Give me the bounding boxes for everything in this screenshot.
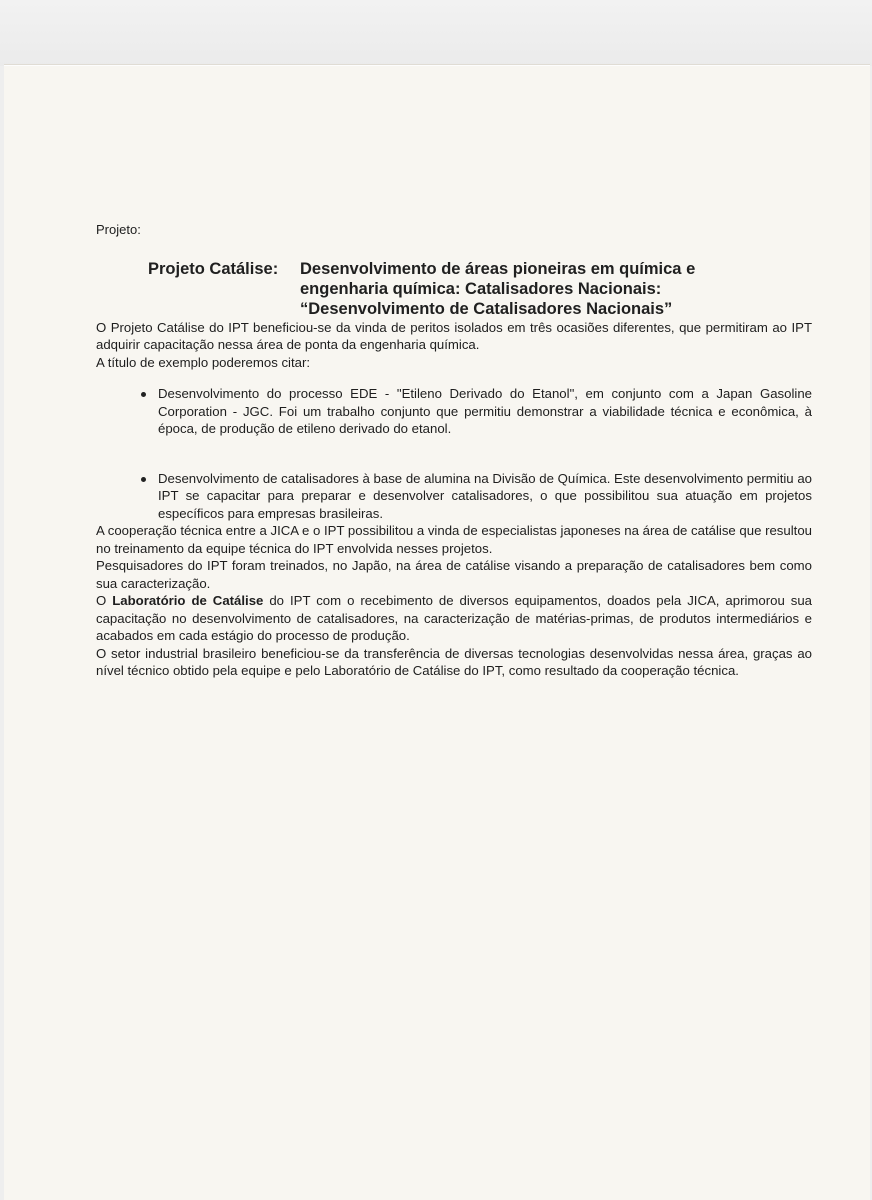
lab-name: Laboratório de Catálise: [112, 593, 263, 608]
list-item: Desenvolvimento do processo EDE - "Etile…: [96, 385, 812, 438]
title-prefix: Projeto Catálise:: [148, 259, 300, 319]
bullet-icon: [141, 477, 146, 482]
examples-list: Desenvolvimento do processo EDE - "Etile…: [96, 385, 812, 522]
document-title: Projeto Catálise: Desenvolvimento de áre…: [148, 259, 812, 319]
lab-paragraph: O Laboratório de Catálise do IPT com o r…: [96, 592, 812, 645]
lab-lead: O: [96, 593, 112, 608]
list-item-text: Desenvolvimento de catalisadores à base …: [158, 471, 812, 521]
researchers-paragraph: Pesquisadores do IPT foram treinados, no…: [96, 557, 812, 592]
document-body: Projeto: Projeto Catálise: Desenvolvimen…: [96, 221, 812, 680]
bullet-icon: [141, 392, 146, 397]
project-label: Projeto:: [96, 221, 812, 239]
title-line: engenharia química: Catalisadores Nacion…: [300, 279, 740, 299]
intro-paragraph: O Projeto Catálise do IPT beneficiou-se …: [96, 319, 812, 354]
title-main: Desenvolvimento de áreas pioneiras em qu…: [300, 259, 740, 319]
list-item: Desenvolvimento de catalisadores à base …: [96, 470, 812, 523]
cooperation-paragraph: A cooperação técnica entre a JICA e o IP…: [96, 522, 812, 557]
title-line: Desenvolvimento de áreas pioneiras em qu…: [300, 259, 740, 279]
example-intro: A título de exemplo poderemos citar:: [96, 354, 812, 372]
scanner-background: [0, 0, 872, 66]
list-item-text: Desenvolvimento do processo EDE - "Etile…: [158, 386, 812, 436]
industry-paragraph: O setor industrial brasileiro beneficiou…: [96, 645, 812, 680]
title-line: “Desenvolvimento de Catalisadores Nacion…: [300, 299, 740, 319]
